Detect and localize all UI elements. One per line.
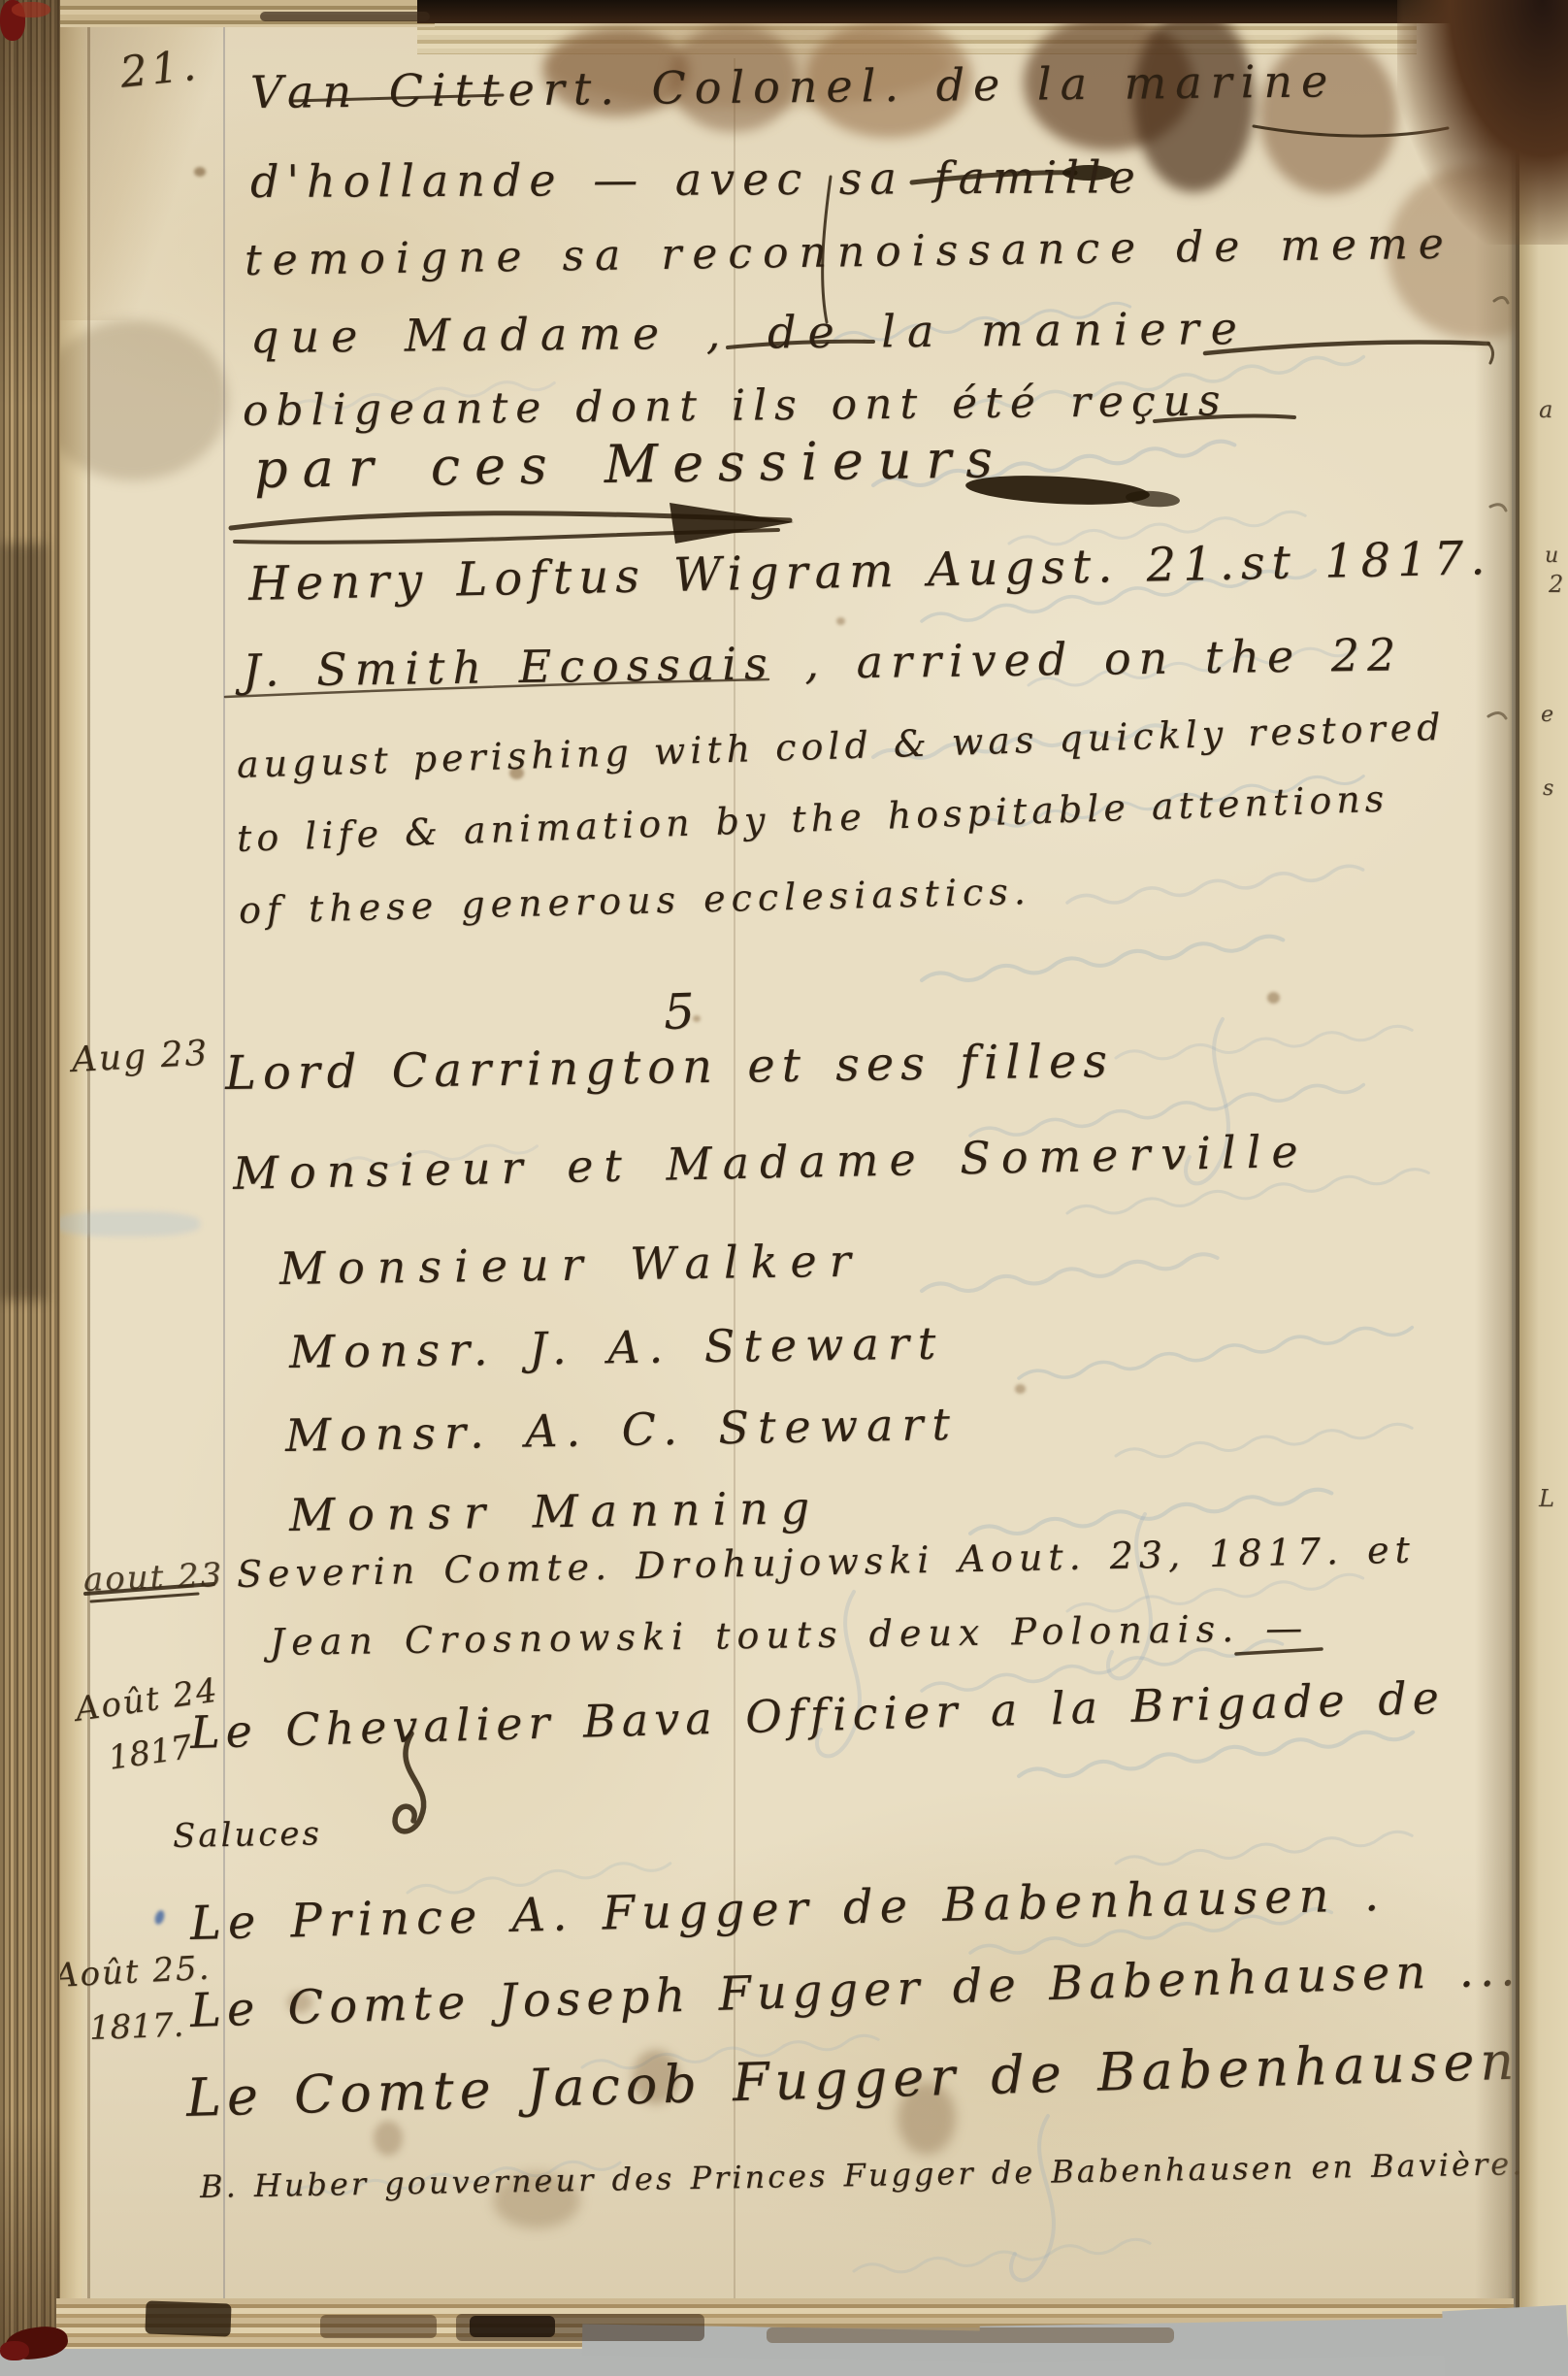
foxing-smudge [374, 2121, 403, 2156]
leaf-number: 21. [117, 41, 202, 98]
scanner-background-notch [1442, 2305, 1568, 2376]
margin-date-aout23-struck: aout 23 [82, 1556, 224, 1600]
margin-date-aug23: Aug 23 [71, 1034, 210, 1080]
margin-date-aout25-line1: Août 25. [53, 1949, 212, 1996]
entry-vancittert-line2: d'hollande — avec sa famille [250, 150, 1143, 208]
right-edge-fragment: L [1539, 1485, 1554, 1512]
right-edge-fragment: a [1539, 396, 1552, 423]
foxing-spot [1267, 992, 1280, 1004]
bottom-dark-patch [145, 2300, 231, 2336]
binding-red-top [12, 2, 50, 17]
entry-bava-line2: Saluces [173, 1814, 323, 1856]
foxing-spot [194, 167, 206, 177]
margin-rule-line [223, 23, 225, 2326]
blue-smear [54, 1211, 200, 1237]
entry-vancittert-line6: par ces Messieurs [254, 428, 1008, 500]
fore-edge-shadow-mid [0, 544, 47, 1301]
bottom-dark-patch [767, 2327, 1174, 2343]
stain-smudge [39, 320, 228, 480]
page-number: 5 [663, 983, 696, 1040]
binding-streak [260, 12, 430, 21]
foxing-spot [836, 617, 845, 625]
right-edge-fragment: e [1541, 703, 1553, 727]
gutter-shadow [1475, 0, 1521, 2376]
entry-manning-line1: Monsr Manning [289, 1481, 823, 1541]
top-right-leather-corner [1397, 0, 1568, 245]
right-edge-fragment: u [1545, 544, 1558, 568]
gutter-fold-line [1516, 0, 1519, 2376]
binding-red-leather [0, 2341, 29, 2360]
entry-walker-line1: Monsieur Walker [279, 1235, 864, 1295]
entry-vancittert-line4: que Madame , de la maniere [250, 302, 1249, 363]
bottom-dark-patch [470, 2316, 555, 2337]
fore-edge-shadow-top [0, 0, 60, 408]
binding-top-band [417, 0, 1568, 23]
facing-page-sliver [1519, 0, 1568, 2376]
right-edge-fragment: s [1543, 776, 1553, 801]
entry-vancittert-line5: obligeante dont ils ont été reçus [243, 376, 1228, 436]
margin-date-aout25-line2: 1817. [88, 2006, 184, 2048]
right-edge-fragment: 2 [1549, 571, 1563, 598]
foxing-spot [1015, 1384, 1026, 1394]
manuscript-guestbook-scan: 21. Van Cittert. Colonel. de la marine d… [0, 0, 1568, 2376]
bottom-dark-patch [320, 2315, 437, 2338]
entry-stewart-ja-line1: Monsr. J. A. Stewart [289, 1317, 945, 1378]
